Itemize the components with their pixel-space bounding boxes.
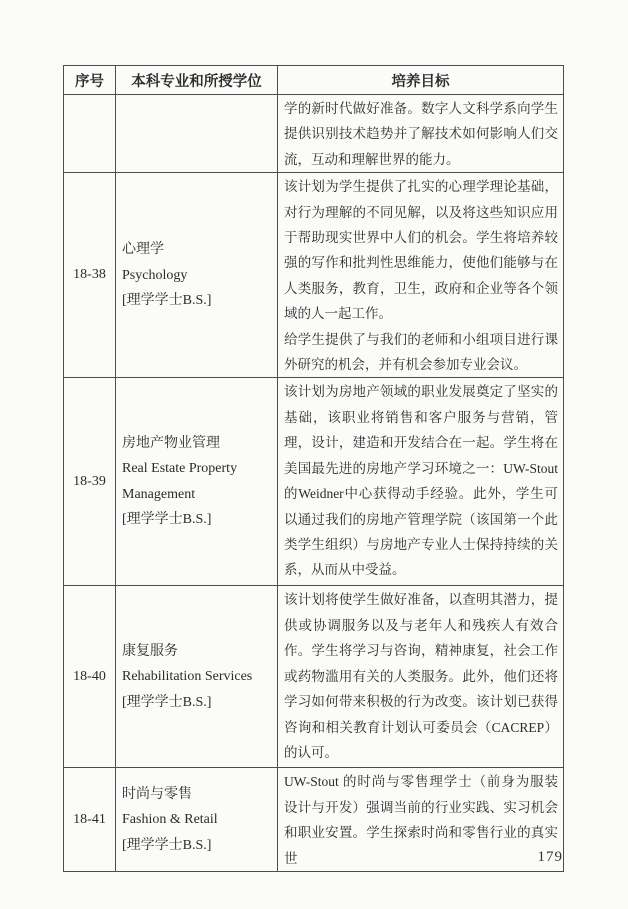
major-name-en: Real Estate Property	[122, 456, 273, 482]
column-header-major: 本科专业和所授学位	[116, 66, 278, 95]
row-id-cell	[64, 95, 116, 173]
objective-paragraph: UW-Stout 的时尚与零售理学士（前身为服装设计与开发）强调当前的行业实践、…	[284, 769, 558, 871]
table-header-row: 序号 本科专业和所授学位 培养目标	[64, 66, 564, 95]
table-row-18-38: 18-38 心理学 Psychology [理学学士B.S.] 该计划为学生提供…	[64, 173, 564, 378]
degree-label: [理学学士B.S.]	[122, 507, 273, 533]
table-row-18-40: 18-40 康复服务 Rehabilitation Services [理学学士…	[64, 586, 564, 768]
major-cell: 康复服务 Rehabilitation Services [理学学士B.S.]	[116, 586, 278, 768]
major-name-en: Fashion & Retail	[122, 807, 273, 833]
major-cell: 房地产物业管理 Real Estate Property Management …	[116, 378, 278, 586]
major-name-cn: 心理学	[122, 237, 273, 263]
degree-label: [理学学士B.S.]	[122, 833, 273, 859]
table-row-18-41: 18-41 时尚与零售 Fashion & Retail [理学学士B.S.] …	[64, 768, 564, 872]
table-row-18-39: 18-39 房地产物业管理 Real Estate Property Manag…	[64, 378, 564, 586]
objective-paragraph: 学的新时代做好准备。数字人文科学系向学生提供识别技术趋势并了解技术如何影响人们交…	[284, 96, 558, 172]
row-id-cell: 18-39	[64, 378, 116, 586]
row-id-cell: 18-41	[64, 768, 116, 872]
degree-label: [理学学士B.S.]	[122, 288, 273, 314]
objective-cell: 学的新时代做好准备。数字人文科学系向学生提供识别技术趋势并了解技术如何影响人们交…	[278, 95, 564, 173]
objective-cell: 该计划为房地产领域的职业发展奠定了坚实的基础，该职业将销售和客户服务与营销，管理…	[278, 378, 564, 586]
major-name-cn: 时尚与零售	[122, 782, 273, 808]
row-id-cell: 18-38	[64, 173, 116, 378]
major-cell: 时尚与零售 Fashion & Retail [理学学士B.S.]	[116, 768, 278, 872]
objective-cell: UW-Stout 的时尚与零售理学士（前身为服装设计与开发）强调当前的行业实践、…	[278, 768, 564, 872]
table-row-continuation: 学的新时代做好准备。数字人文科学系向学生提供识别技术趋势并了解技术如何影响人们交…	[64, 95, 564, 173]
major-name-en: Rehabilitation Services	[122, 664, 273, 690]
row-id-cell: 18-40	[64, 586, 116, 768]
majors-table: 序号 本科专业和所授学位 培养目标 学的新时代做好准备。数字人文科学系向学生提供…	[63, 65, 564, 872]
column-header-objective: 培养目标	[278, 66, 564, 95]
major-cell	[116, 95, 278, 173]
objective-cell: 该计划将使学生做好准备，以查明其潜力，提供或协调服务以及与老年人和残疾人有效合作…	[278, 586, 564, 768]
major-name-cn: 康复服务	[122, 639, 273, 665]
major-cell: 心理学 Psychology [理学学士B.S.]	[116, 173, 278, 378]
objective-paragraph: 该计划为学生提供了扎实的心理学理论基础，对行为理解的不同见解，以及将这些知识应用…	[284, 174, 558, 326]
objective-paragraph: 该计划将使学生做好准备，以查明其潜力，提供或协调服务以及与老年人和残疾人有效合作…	[284, 587, 558, 765]
objective-cell: 该计划为学生提供了扎实的心理学理论基础，对行为理解的不同见解，以及将这些知识应用…	[278, 173, 564, 378]
major-name-en: Management	[122, 482, 273, 508]
objective-paragraph: 给学生提供了与我们的老师和小组项目进行课外研究的机会，并有机会参加专业会议。	[284, 327, 558, 378]
degree-label: [理学学士B.S.]	[122, 690, 273, 716]
column-header-index: 序号	[64, 66, 116, 95]
page-number: 179	[538, 849, 564, 866]
major-name-cn: 房地产物业管理	[122, 431, 273, 457]
objective-paragraph: 该计划为房地产领域的职业发展奠定了坚实的基础，该职业将销售和客户服务与营销，管理…	[284, 379, 558, 582]
major-name-en: Psychology	[122, 263, 273, 289]
